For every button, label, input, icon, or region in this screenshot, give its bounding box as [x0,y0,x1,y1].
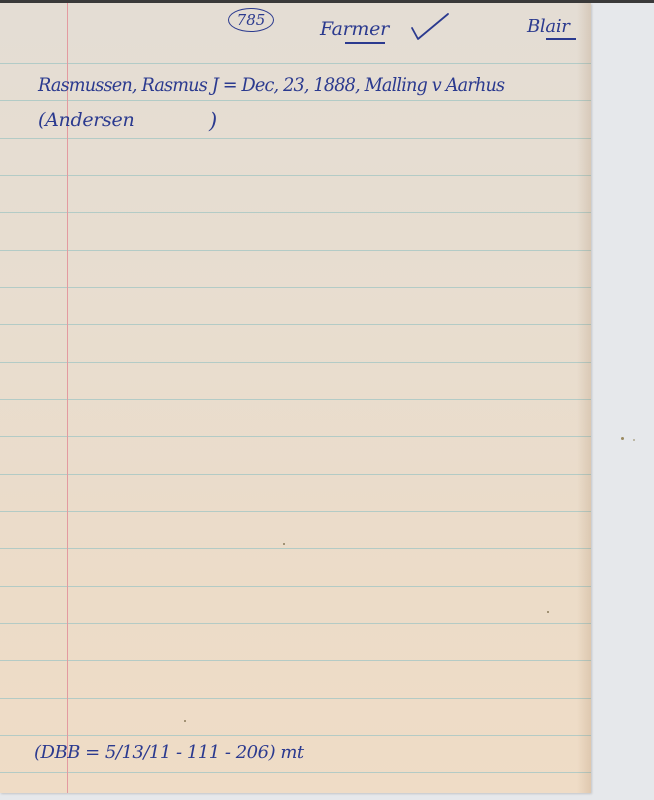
scanner-speck [621,437,624,440]
record-number-circled: 785 [228,8,274,32]
occupation-underline [345,42,385,44]
ruled-line [0,287,591,288]
ruled-line [0,324,591,325]
ruled-line [0,586,591,587]
ruled-line [0,175,591,176]
ruled-line [0,772,591,773]
ruled-line [0,362,591,363]
ruled-line [0,623,591,624]
ruled-line [0,474,591,475]
occupation-label: Farmer [320,18,389,40]
footer-reference-note: (DBB = 5/13/11 - 111 - 206) mt [34,742,304,763]
ruled-line [0,511,591,512]
entry-name-birth-line: Rasmussen, Rasmus J = Dec, 23, 1888, Mal… [38,74,504,96]
ruled-line [0,660,591,661]
ruled-line [0,100,591,101]
ruled-line [0,63,591,64]
checkmark-icon [410,12,450,42]
location-underline [546,38,576,40]
scanner-speck [633,439,635,441]
entry-parent-name: (Andersen [38,109,134,131]
ruled-line [0,138,591,139]
ruled-line [0,436,591,437]
paper-speck [283,543,285,545]
ruled-line [0,399,591,400]
ruled-line [0,250,591,251]
paper-speck [547,611,549,613]
ruled-line [0,735,591,736]
paper-speck [184,720,186,722]
location-label: Blair [527,16,570,37]
ruled-line [0,698,591,699]
ruled-line [0,548,591,549]
entry-paren-close: ) [209,109,217,133]
ruled-line [0,212,591,213]
